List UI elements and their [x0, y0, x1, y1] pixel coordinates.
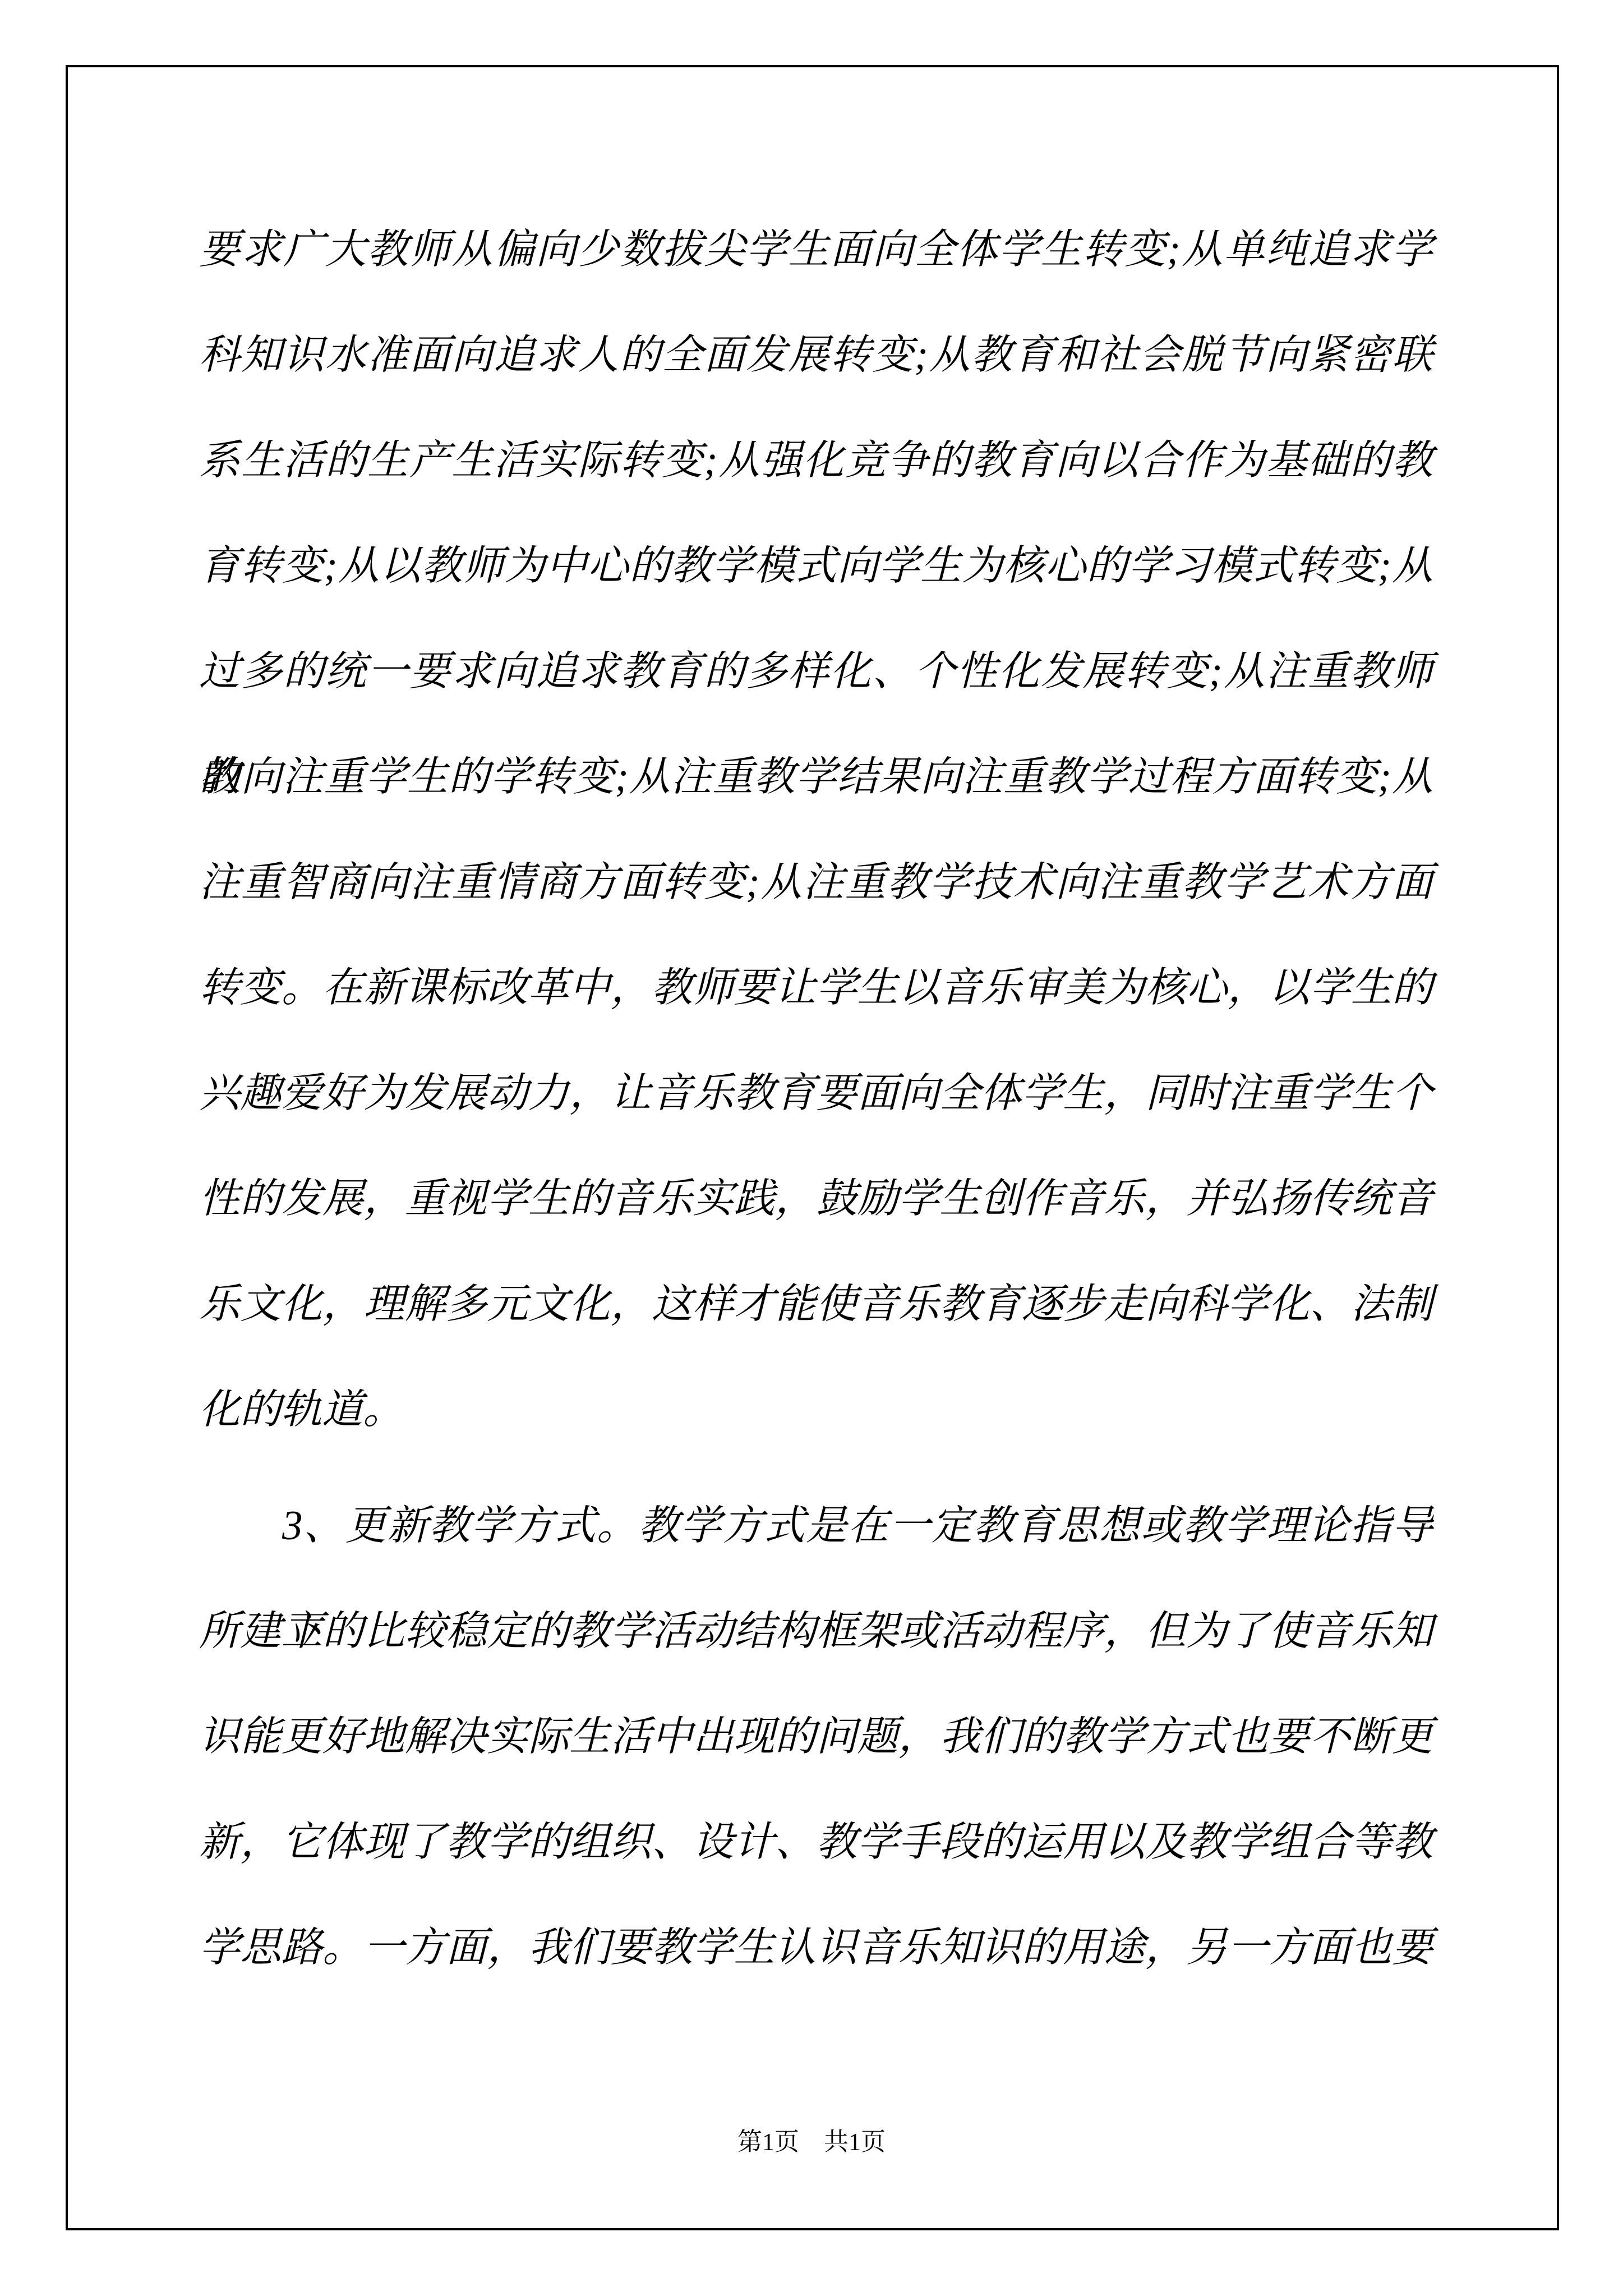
- document-page: 要求广大教师从偏向少数拔尖学生面向全体学生转变;从单纯追求学 科知识水准面向追求…: [0, 0, 1623, 2296]
- text-line: 识能更好地解决实际生活中出现的问题，我们的教学方式也要不断更: [199, 1684, 1433, 1789]
- text-line: 性的发展，重视学生的音乐实践，鼓励学生创作音乐，并弘扬传统音: [199, 1146, 1433, 1251]
- text-line: 过多的统一要求向追求教育的多样化、个性化发展转变;从注重教师的: [199, 619, 1433, 724]
- text-line: 教向注重学生的学转变;从注重教学结果向注重教学过程方面转变;从: [199, 724, 1433, 830]
- text-line: 转变。在新课标改革中，教师要让学生以音乐审美为核心，以学生的: [199, 935, 1433, 1041]
- text-line: 学思路。一方面，我们要教学生认识音乐知识的用途，另一方面也要: [199, 1895, 1433, 2000]
- document-body-text: 要求广大教师从偏向少数拔尖学生面向全体学生转变;从单纯追求学 科知识水准面向追求…: [199, 197, 1433, 2000]
- text-line: 科知识水准面向追求人的全面发展转变;从教育和社会脱节向紧密联: [199, 302, 1433, 408]
- text-line: 乐文化，理解多元文化，这样才能使音乐教育逐步走向科学化、法制: [199, 1251, 1433, 1357]
- paragraph: 3、更新教学方式。教学方式是在一定教育思想或教学理论指导下 所建立的比较稳定的教…: [199, 1473, 1433, 2000]
- text-line: 系生活的生产生活实际转变;从强化竞争的教育向以合作为基础的教: [199, 408, 1433, 513]
- text-line: 所建立的比较稳定的教学活动结构框架或活动程序，但为了使音乐知: [199, 1579, 1433, 1684]
- text-line: 兴趣爱好为发展动力，让音乐教育要面向全体学生，同时注重学生个: [199, 1041, 1433, 1146]
- text-line: 新，它体现了教学的组织、设计、教学手段的运用以及教学组合等教: [199, 1789, 1433, 1895]
- paragraph: 要求广大教师从偏向少数拔尖学生面向全体学生转变;从单纯追求学 科知识水准面向追求…: [199, 197, 1433, 1462]
- text-line: 育转变;从以教师为中心的教学模式向学生为核心的学习模式转变;从: [199, 513, 1433, 619]
- text-line: 注重智商向注重情商方面转变;从注重教学技术向注重教学艺术方面: [199, 830, 1433, 935]
- text-line: 要求广大教师从偏向少数拔尖学生面向全体学生转变;从单纯追求学: [199, 197, 1433, 302]
- page-number-footer: 第1页 共1页: [0, 2128, 1623, 2161]
- text-line: 化的轨道。: [199, 1357, 1433, 1462]
- text-line: 3、更新教学方式。教学方式是在一定教育思想或教学理论指导下: [199, 1473, 1433, 1579]
